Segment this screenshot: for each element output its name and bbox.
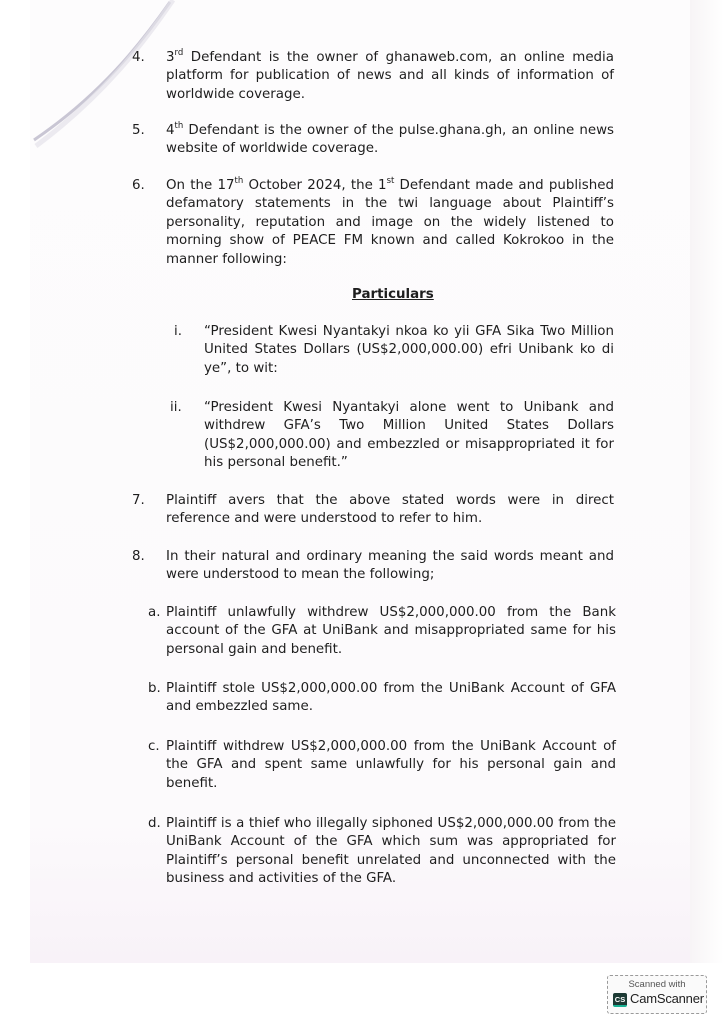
page-edge-shadow — [690, 0, 724, 963]
watermark-caption: Scanned with — [608, 979, 706, 990]
meaning-text: Plaintiff unlawfully withdrew US$2,000,0… — [166, 604, 616, 659]
particular-i: i. “President Kwesi Nyantakyi nkoa ko yi… — [166, 323, 614, 378]
paragraph-number: 5. — [132, 122, 145, 140]
paragraph-number: 8. — [132, 548, 145, 566]
meaning-letter: a. — [148, 604, 160, 622]
watermark-brand: CamScanner — [630, 991, 704, 1006]
meaning-c: c. Plaintiff withdrew US$2,000,000.00 fr… — [148, 738, 616, 793]
camscanner-watermark: Scanned with CS CamScanner — [607, 975, 707, 1014]
camscanner-logo-icon: CS — [613, 993, 627, 1007]
paragraph-8: 8. In their natural and ordinary meaning… — [132, 548, 614, 585]
meaning-d: d. Plaintiff is a thief who illegally si… — [148, 815, 616, 889]
meaning-text: Plaintiff stole US$2,000,000.00 from the… — [166, 680, 616, 717]
paragraph-number: 4. — [132, 49, 145, 67]
paragraph-7: 7. Plaintiff avers that the above stated… — [132, 492, 614, 529]
meaning-a: a. Plaintiff unlawfully withdrew US$2,00… — [148, 604, 616, 659]
particular-text: “President Kwesi Nyantakyi alone went to… — [204, 399, 614, 473]
particulars-heading: Particulars — [352, 287, 434, 302]
paragraph-number: 6. — [132, 177, 145, 195]
paragraph-5: 5. 4th Defendant is the owner of the pul… — [132, 122, 614, 159]
particular-number: i. — [174, 323, 182, 341]
particular-number: ii. — [170, 399, 182, 417]
meaning-text: Plaintiff withdrew US$2,000,000.00 from … — [166, 738, 616, 793]
paragraph-text: On the 17th October 2024, the 1st Defend… — [166, 177, 614, 269]
paragraph-text: In their natural and ordinary meaning th… — [166, 548, 614, 585]
paragraph-text: 4th Defendant is the owner of the pulse.… — [166, 122, 614, 159]
meaning-letter: c. — [148, 738, 160, 756]
paragraph-text: Plaintiff avers that the above stated wo… — [166, 492, 614, 529]
particular-text: “President Kwesi Nyantakyi nkoa ko yii G… — [204, 323, 614, 378]
meaning-letter: d. — [148, 815, 161, 833]
paragraph-number: 7. — [132, 492, 145, 510]
particular-ii: ii. “President Kwesi Nyantakyi alone wen… — [166, 399, 614, 473]
meaning-b: b. Plaintiff stole US$2,000,000.00 from … — [148, 680, 616, 717]
meaning-letter: b. — [148, 680, 161, 698]
paragraph-text: 3rd Defendant is the owner of ghanaweb.c… — [166, 49, 614, 104]
paragraph-4: 4. 3rd Defendant is the owner of ghanawe… — [132, 49, 614, 104]
meaning-text: Plaintiff is a thief who illegally sipho… — [166, 815, 616, 889]
paragraph-6: 6. On the 17th October 2024, the 1st Def… — [132, 177, 614, 269]
